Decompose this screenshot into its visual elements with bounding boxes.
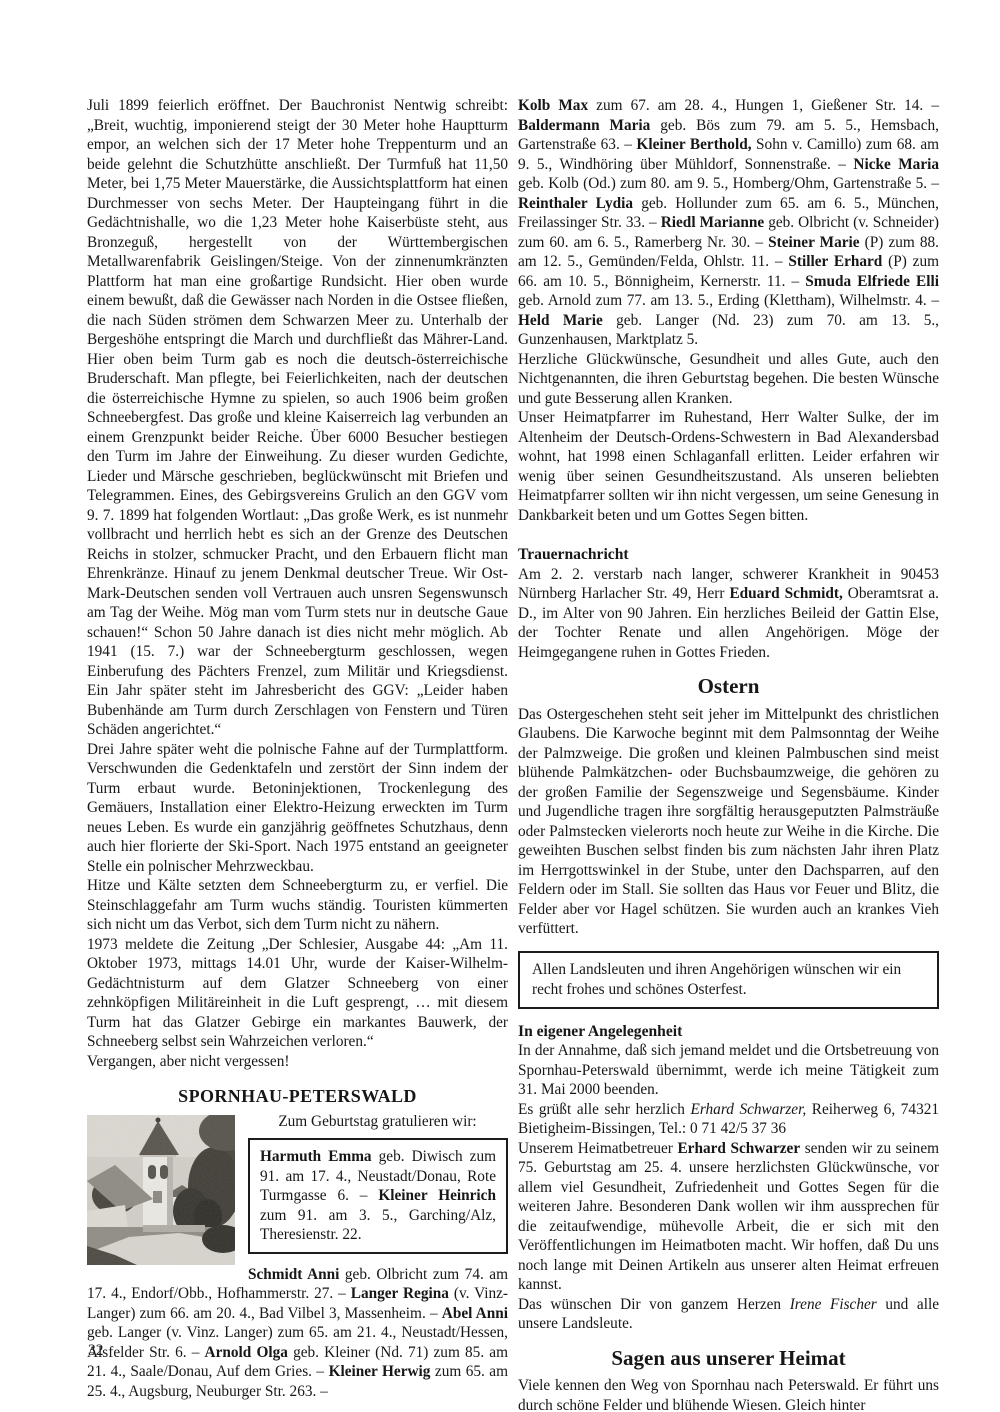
birthday-list-continued: Schmidt Anni geb. Olbricht zum 74. am 17… — [87, 1265, 508, 1402]
birthday-box: Harmuth Emma geb. Diwisch zum 91. am 17.… — [248, 1138, 508, 1254]
section-heading-spornhau: SPORNHAU-PETERSWALD — [87, 1087, 508, 1107]
body-paragraph: In der Annahme, daß sich jemand meldet u… — [518, 1041, 939, 1100]
right-column: Kolb Max zum 67. am 28. 4., Hungen 1, Gi… — [518, 96, 939, 1412]
body-paragraph: Es grüßt alle sehr herzlich Erhard Schwa… — [518, 1100, 939, 1139]
church-photo — [87, 1115, 235, 1265]
body-paragraph: 1973 meldete die Zeitung „Der Schlesier,… — [87, 935, 508, 1052]
condolence-paragraph: Am 2. 2. verstarb nach langer, schwerer … — [518, 565, 939, 663]
body-paragraph: Unserem Heimatbetreuer Erhard Schwarzer … — [518, 1139, 939, 1295]
condolence-heading: Trauernachricht — [518, 545, 939, 565]
newsletter-page: Juli 1899 feierlich eröffnet. Der Bauchr… — [0, 0, 1000, 1412]
body-paragraph: Das Ostergeschehen steht seit jeher im M… — [518, 705, 939, 939]
body-paragraph: Unser Heimatpfarrer im Ruhestand, Herr W… — [518, 408, 939, 525]
closing-line: Vergangen, aber nicht vergessen! — [87, 1052, 508, 1072]
body-paragraph: Juli 1899 feierlich eröffnet. Der Bauchr… — [87, 96, 508, 740]
legends-heading: Sagen aus unserer Heimat — [518, 1349, 939, 1369]
body-paragraph: Das wünschen Dir von ganzem Herzen Irene… — [518, 1295, 939, 1334]
personal-note-heading: In eigener Angelegenheit — [518, 1022, 939, 1042]
easter-wishes-box: Allen Landsleuten und ihren Angehörigen … — [518, 951, 939, 1009]
body-paragraph: Hitze und Kälte setzten dem Schneebergtu… — [87, 876, 508, 935]
body-paragraph: Drei Jahre später weht die polnische Fah… — [87, 740, 508, 877]
birthday-list: Kolb Max zum 67. am 28. 4., Hungen 1, Gi… — [518, 96, 939, 350]
left-column: Juli 1899 feierlich eröffnet. Der Bauchr… — [87, 96, 508, 1401]
birthday-greeting-intro: Zum Geburtstag gratulieren wir: — [247, 1112, 508, 1132]
page-number: 32 — [88, 1342, 104, 1360]
body-paragraph: Herzliche Glückwünsche, Gesundheit und a… — [518, 350, 939, 409]
easter-heading: Ostern — [518, 677, 939, 697]
body-paragraph: Viele kennen den Weg von Spornhau nach P… — [518, 1376, 939, 1412]
birthday-section: Zum Geburtstag gratulieren wir: Harmuth … — [87, 1112, 508, 1402]
church-photo-illustration — [87, 1115, 235, 1265]
